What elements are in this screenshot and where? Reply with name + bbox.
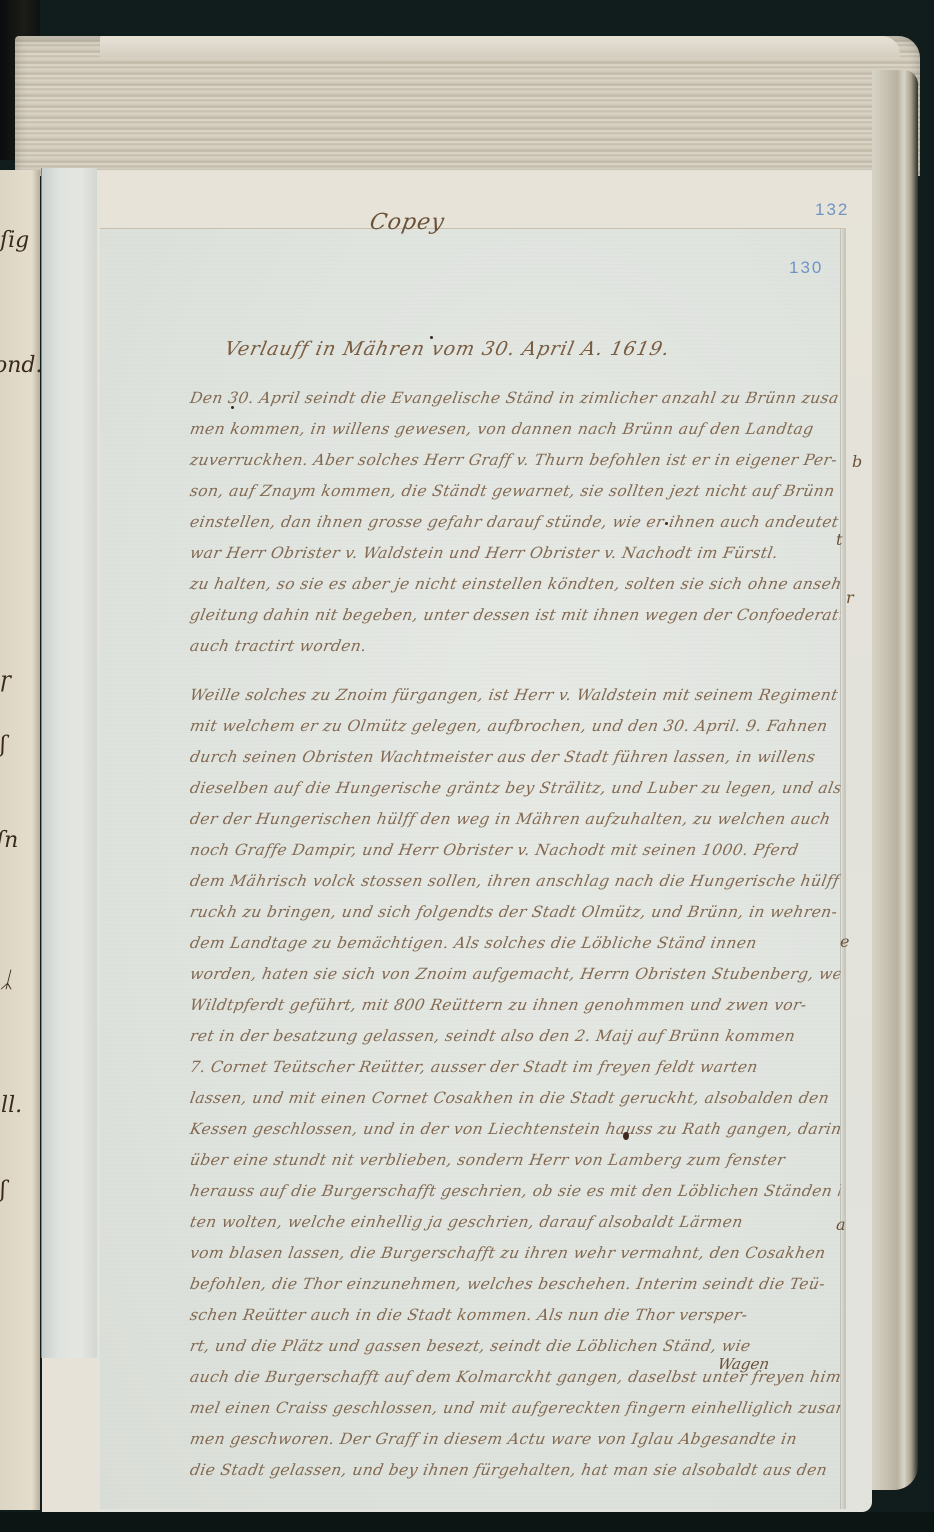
top-sheet-edge xyxy=(100,36,900,58)
ink-speck xyxy=(623,1132,629,1140)
background-bottom xyxy=(0,1512,934,1532)
catchword: Wagen xyxy=(716,1355,770,1373)
ink-speck xyxy=(231,406,234,409)
heading-copy-label: Copey xyxy=(368,210,447,235)
ink-speck xyxy=(430,336,433,339)
margin-mark: t xyxy=(836,530,842,549)
text-line: worden, haten sie sich von Znoim aufgema… xyxy=(187,959,842,990)
margin-mark: b xyxy=(852,452,862,471)
margin-mark: e xyxy=(840,932,849,951)
text-line: dem Mährisch volck stossen sollen, ihren… xyxy=(187,866,842,897)
text-line: ruckh zu bringen, und sich folgendts der… xyxy=(187,897,842,928)
text-line: Kessen geschlossen, und in der von Liech… xyxy=(187,1114,842,1145)
left-page-fragment: ſn xyxy=(0,830,18,852)
manuscript-photograph: ſig ond. ɼ ʃ ſn ᛣ ill. ʃ Copey 132 130 V… xyxy=(0,0,934,1532)
folio-number-upper: 132 xyxy=(815,200,849,220)
text-line: zu halten, so sie es aber je nicht einst… xyxy=(187,569,842,600)
left-page-fragment: ɼ xyxy=(0,670,11,692)
left-page-fragment: ill. xyxy=(0,1095,22,1117)
text-line: son, auf Znaym kommen, die Ständt gewarn… xyxy=(187,476,842,507)
text-line: ret in der besatzung gelassen, seindt al… xyxy=(187,1021,842,1052)
text-line: auch tractirt worden. xyxy=(187,631,842,662)
text-line: einstellen, dan ihnen grosse gefahr dara… xyxy=(187,507,842,538)
text-line: ten wolten, welche einhellig ja geschrie… xyxy=(187,1207,842,1238)
left-facing-page: ſig ond. ɼ ʃ ſn ᛣ ill. ʃ xyxy=(0,170,40,1510)
text-line: herauss auf die Burgerschafft geschrien,… xyxy=(187,1176,842,1207)
text-line: Den 30. April seindt die Evangelische St… xyxy=(187,383,842,414)
ink-speck xyxy=(665,522,668,525)
text-line: dem Landtage zu bemächtigen. Als solches… xyxy=(187,928,842,959)
text-line: schen Reütter auch in die Stadt kommen. … xyxy=(187,1300,842,1331)
folio-number-lower: 130 xyxy=(789,258,823,278)
text-line: über eine stundt nit verblieben, sondern… xyxy=(187,1145,842,1176)
text-line: vom blasen lassen, die Burgerschafft zu … xyxy=(187,1238,842,1269)
left-page-fragment: ond. xyxy=(0,355,40,377)
text-line: zuverruckhen. Aber solches Herr Graff v.… xyxy=(187,445,842,476)
left-page-fragment: ᛣ xyxy=(0,970,13,992)
text-line: 7. Cornet Teütscher Reütter, ausser der … xyxy=(187,1052,842,1083)
text-line: men geschworen. Der Graff in diesem Actu… xyxy=(187,1424,842,1455)
text-line: lassen, und mit einen Cornet Cosakhen in… xyxy=(187,1083,842,1114)
text-line: befohlen, die Thor einzunehmen, welches … xyxy=(187,1269,842,1300)
text-line: die Stadt gelassen, und bey ihnen fürgeh… xyxy=(187,1455,842,1486)
margin-mark: a xyxy=(836,1215,846,1234)
text-line: der der Hungerischen hülff den weg in Mä… xyxy=(187,804,842,835)
text-line: war Herr Obrister v. Waldstein und Herr … xyxy=(187,538,842,569)
text-line: mit welchem er zu Olmütz gelegen, aufbro… xyxy=(187,711,842,742)
text-line: gleitung dahin nit begeben, unter dessen… xyxy=(187,600,842,631)
text-line: durch seinen Obristen Wachtmeister aus d… xyxy=(187,742,842,773)
left-page-fragment: ʃ xyxy=(0,735,6,757)
text-line: mel einen Craiss geschlossen, und mit au… xyxy=(187,1393,842,1424)
text-line: Weille solches zu Znoim fürgangen, ist H… xyxy=(187,680,842,711)
margin-mark: r xyxy=(846,588,854,607)
left-page-fragment: ʃ xyxy=(0,1180,6,1202)
text-line: Wildtpferdt geführt, mit 800 Reüttern zu… xyxy=(187,990,842,1021)
text-line: dieselben auf die Hungerische gräntz bey… xyxy=(187,773,842,804)
text-line: men kommen, in willens gewesen, von dann… xyxy=(187,414,842,445)
document-title: Verlauff in Mähren vom 30. April A. 1619… xyxy=(223,338,673,360)
left-page-fragment: ſig xyxy=(0,230,29,252)
page-stack-right-edges xyxy=(872,70,918,1490)
manuscript-body: Den 30. April seindt die Evangelische St… xyxy=(190,383,840,1486)
binding-guard-strip xyxy=(42,168,97,1358)
text-line: noch Graffe Dampir, und Herr Obrister v.… xyxy=(187,835,842,866)
